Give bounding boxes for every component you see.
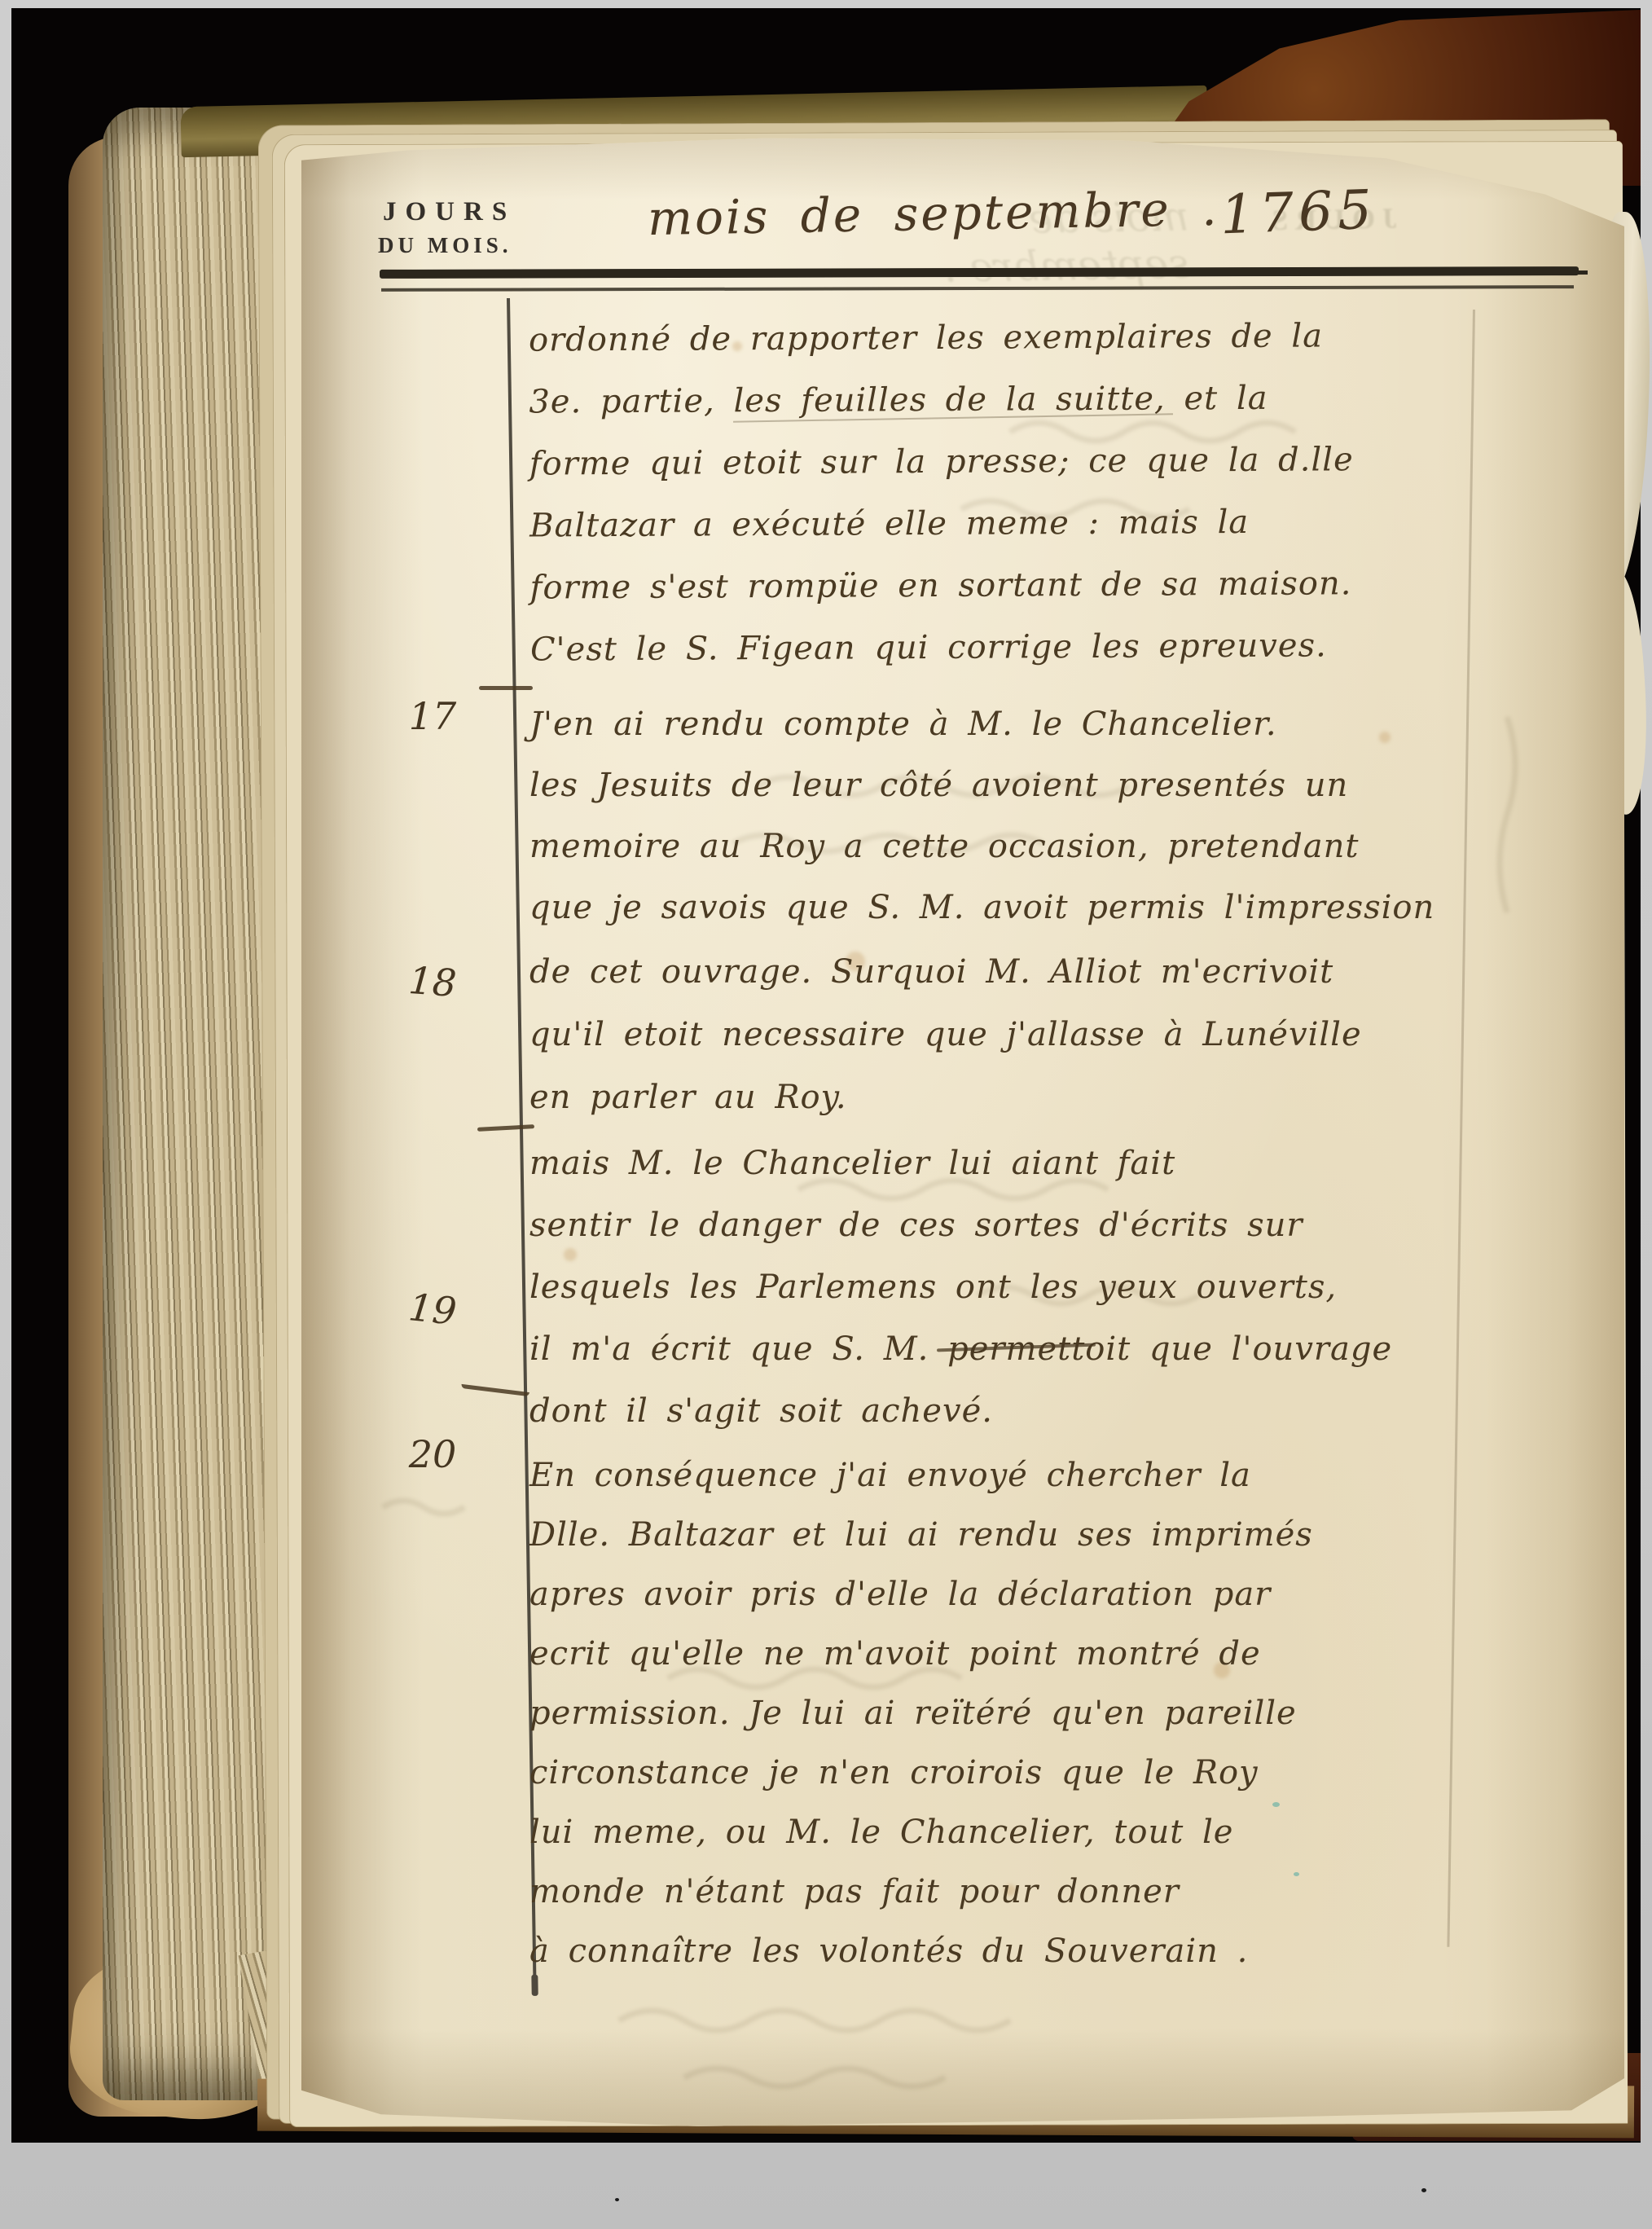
entry-tick xyxy=(479,686,533,690)
printed-column-header-line2: DU MOIS. xyxy=(378,233,512,258)
entry-text-day18: de cet ouvrage. Surquoi M. Alliot m'ecri… xyxy=(529,941,1637,1129)
day-number: 18 xyxy=(394,957,471,1006)
entry-text-continuation: ordonné de rapporter les exemplaires de … xyxy=(529,303,1638,680)
entry-text-day19: mais M. le Chancelier lui aiant fait sen… xyxy=(529,1132,1637,1442)
entry-text-day20: En conséquence j'ai envoyé chercher la D… xyxy=(529,1446,1637,1981)
year-handwritten: 1765 xyxy=(1219,178,1378,247)
day-number: 20 xyxy=(396,1432,469,1476)
ink-speck xyxy=(1294,1872,1299,1876)
day-number: 19 xyxy=(393,1283,471,1334)
printed-column-header-line1: JOURS xyxy=(383,197,516,227)
ink-speck xyxy=(1272,1802,1280,1807)
entry-text-day17: J'en ai rendu compte à M. le Chancelier.… xyxy=(529,694,1637,939)
month-title-handwritten: mois de septembre . xyxy=(647,181,1219,246)
manuscript-scan: JOURS DU MOIS. JOURS mois de septembre .… xyxy=(0,0,1652,2229)
day-number: 17 xyxy=(396,694,469,738)
dust-speck xyxy=(615,2198,619,2201)
dust-speck xyxy=(1421,2188,1426,2192)
